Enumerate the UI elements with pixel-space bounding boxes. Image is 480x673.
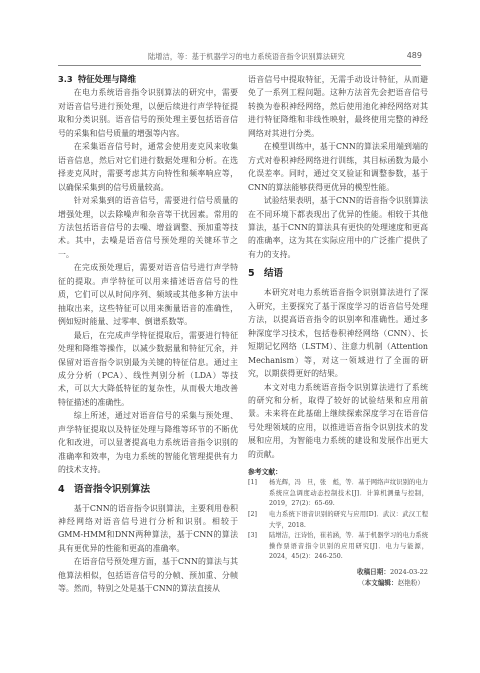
- running-title: 陆增洁，等：基于机器学习的电力系统语音指令识别算法研究: [148, 52, 345, 62]
- section-title: 结语: [264, 268, 283, 279]
- reference-number: [2]: [248, 510, 257, 521]
- editor-note: （本文编辑：赵艳粉）: [248, 578, 428, 589]
- received-value: 2024-03-22: [390, 568, 428, 576]
- paragraph: 综上所述，通过对语音信号的采集与预处理、声学特征提取以及特征处理与降维等环节的不…: [58, 409, 238, 476]
- paragraph: 本文对电力系统语音指令识别算法进行了系统的研究和分析，取得了较好的试验结果和应用…: [248, 381, 428, 462]
- received-date: 收稿日期：2024-03-22: [248, 567, 428, 578]
- reference-item: [1] 杨光辉，冯 旦，张 彪，等．基于网络声纹识别的电力系统应急调度动态控制技…: [248, 478, 428, 510]
- reference-text: 陆增洁，汪诗怡，崔若涵，等．基于机器学习的电力系统操作票语音指令识别的应用研究[…: [269, 532, 428, 560]
- reference-number: [1]: [248, 478, 257, 489]
- paragraph: 在采集语音信号时，通常会使用麦克风来收集语音信息，然后对它们进行数据处理和分析。…: [58, 140, 238, 194]
- paren-close: ）: [417, 579, 424, 587]
- paragraph: 最后，在完成声学特征提取后，需要进行特征处理和降维等操作，以减少数据量和特征冗余…: [58, 329, 238, 410]
- references-title: 参考文献：: [248, 466, 428, 478]
- paren-open: （: [358, 579, 365, 587]
- section-title: 特征处理与降维: [78, 74, 136, 84]
- paragraph: 在电力系统语音指令识别算法的研究中，需要对语音信号进行预处理，以便后续进行声学特…: [58, 86, 238, 140]
- section-heading-4: 4语音指令识别算法: [58, 483, 238, 497]
- reference-text: 电力系统下语音识别的研究与应用[D]．武汉：武汉工程大学，2018.: [269, 511, 428, 529]
- section-number: 5: [248, 267, 264, 280]
- section-number: 3.3: [58, 73, 78, 86]
- right-column: 语音信号中提取特征，无需手动设计特征，从而避免了一系列工程问题。这种方法首先会把…: [248, 73, 428, 589]
- section-heading-3-3: 3.3特征处理与降维: [58, 73, 238, 86]
- paragraph: 在完成预处理后，需要对语音信号进行声学特征的提取。声学特征可以用来描述语音信号的…: [58, 261, 238, 328]
- paragraph-continued: 语音信号中提取特征，无需手动设计特征，从而避免了一系列工程问题。这种方法首先会把…: [248, 73, 428, 140]
- reference-item: [3] 陆增洁，汪诗怡，崔若涵，等．基于机器学习的电力系统操作票语音指令识别的应…: [248, 531, 428, 563]
- paragraph: 在语音信号预处理方面，基于CNN的算法与其他算法相似，包括语音信号的分帧、预加重…: [58, 555, 238, 595]
- section-title: 语音指令识别算法: [74, 484, 150, 495]
- paragraph: 在模型训练中，基于CNN的算法采用端到端的方式对卷积神经网络进行训练，其目标函数…: [248, 140, 428, 194]
- received-label: 收稿日期：: [357, 568, 390, 576]
- paragraph: 针对采集到的语音信号，需要进行信号质量的增强处理，以去除噪声和杂音等干扰因素。常…: [58, 194, 238, 261]
- header-rule: [58, 65, 421, 66]
- reference-item: [2] 电力系统下语音识别的研究与应用[D]．武汉：武汉工程大学，2018.: [248, 510, 428, 531]
- reference-text: 杨光辉，冯 旦，张 彪，等．基于网络声纹识别的电力系统应急调度动态控制技术[J]…: [269, 479, 428, 507]
- editor-name: 赵艳粉: [398, 579, 418, 587]
- section-number: 4: [58, 483, 74, 496]
- section-heading-5: 5结语: [248, 267, 428, 281]
- page-header: 陆增洁，等：基于机器学习的电力系统语音指令识别算法研究 489: [58, 50, 426, 64]
- page-number: 489: [407, 51, 422, 60]
- paragraph: 试验结果表明，基于CNN的语音指令识别算法在不同环境下都表现出了优异的性能。相较…: [248, 194, 428, 261]
- paragraph: 基于CNN的语音指令识别算法，主要利用卷积神经网络对语音信号进行分析和识别。相较…: [58, 502, 238, 556]
- left-column: 3.3特征处理与降维 在电力系统语音指令识别算法的研究中，需要对语音信号进行预处…: [58, 73, 238, 596]
- paragraph: 本研究对电力系统语音指令识别算法进行了深入研究，主要探究了基于深度学习的语音信号…: [248, 286, 428, 380]
- reference-number: [3]: [248, 531, 257, 542]
- editor-label: 本文编辑：: [365, 579, 398, 587]
